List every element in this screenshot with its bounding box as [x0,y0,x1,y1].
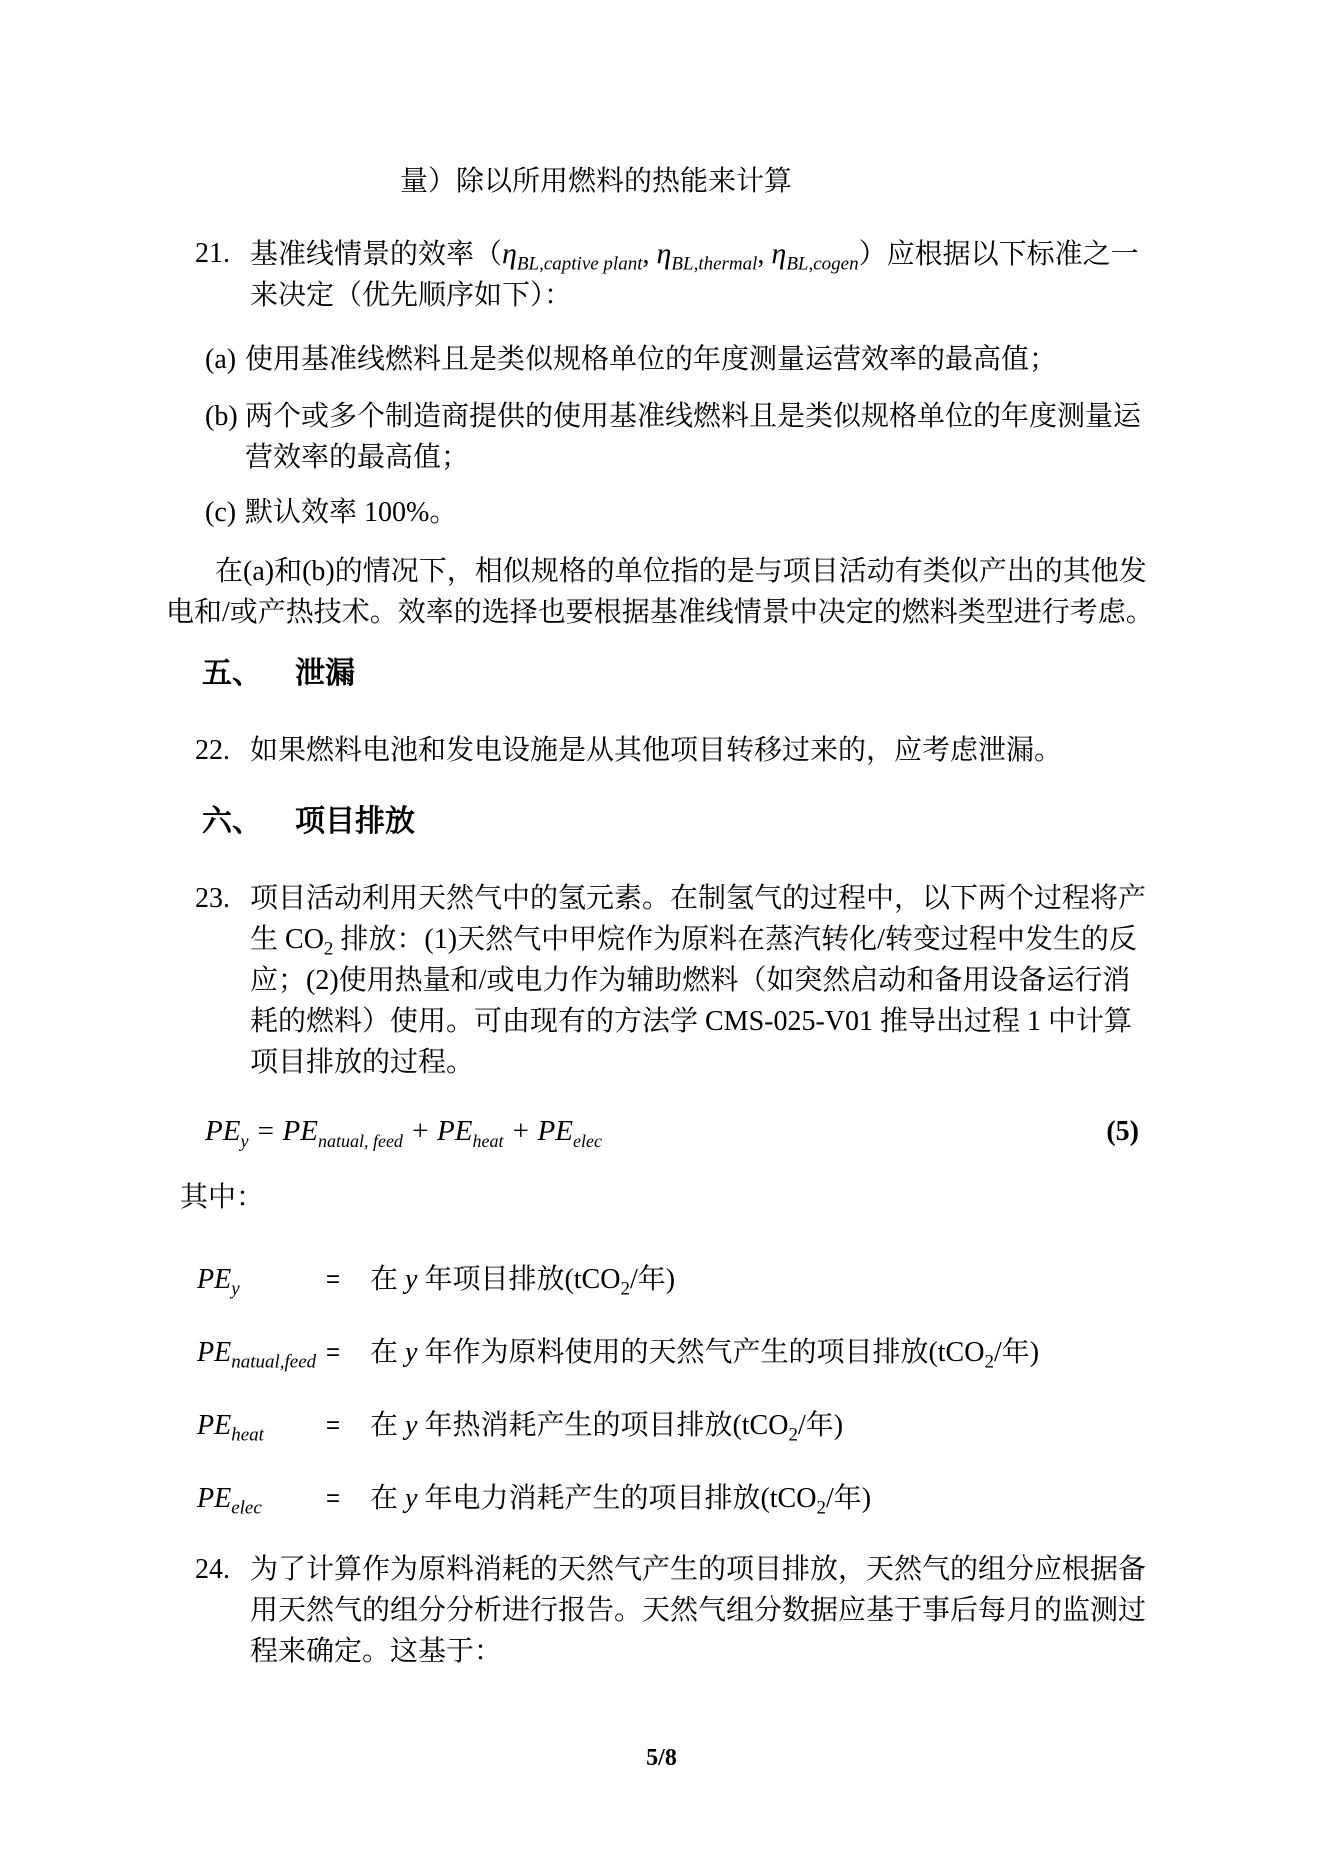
definition-description: 在 y 年作为原料使用的天然气产生的项目排放(tCO2/年) [370,1332,1157,1373]
term-base: PE [197,1410,231,1441]
item-23-text-2: 排放：(1)天然气中甲烷作为原料在蒸汽转化/转变过程中发生的反应；(2)使用热量… [250,924,1137,1078]
list-item-b: (b) 两个或多个制造商提供的使用基准线燃料且是类似规格单位的年度测量运营效率的… [166,396,1157,478]
co2-subscript: 2 [620,1279,630,1300]
pe-y: PE [205,1115,240,1147]
co2-base: CO [285,924,324,955]
eta-thermal-subscript: BL,thermal [671,254,757,275]
definition-term: PEelec [166,1478,326,1519]
item-24: 24. 为了计算作为原料消耗的天然气产生的项目排放，天然气的组分应根据备用天然气… [166,1549,1157,1672]
equation-5-row: PEy = PEnatual, feed + PEheat + PEelec (… [166,1107,1157,1156]
pe-natual-feed-subscript: natual, feed [318,1131,403,1151]
term-subscript: elec [231,1498,262,1519]
where-label: 其中： [166,1177,1157,1218]
item-22: 22. 如果燃料电池和发电设施是从其他项目转移过来的，应考虑泄漏。 [166,730,1157,771]
desc-text: 在 [370,1483,405,1514]
item-21-number: 21. [195,233,230,274]
carryover-line: 量）除以所用燃料的热能来计算 [166,161,1157,202]
desc-text: 年热消耗产生的项目排放(tCO [417,1410,788,1441]
list-item-c: (c) 默认效率 100%。 [166,492,1157,533]
item-22-number: 22. [195,730,230,771]
year-variable: y [405,1410,417,1441]
year-variable: y [405,1337,417,1368]
desc-text: 在 [370,1410,405,1441]
co2-subscript: 2 [788,1425,798,1446]
item-23: 23. 项目活动利用天然气中的氢元素。在制氢气的过程中，以下两个过程将产生 CO… [166,878,1157,1083]
plus-sign: + [403,1115,437,1147]
item-21-text-pre: 基准线情景的效率（ [250,239,502,270]
desc-text: /年) [994,1337,1039,1368]
desc-text: 年项目排放(tCO [417,1264,620,1295]
paragraph-ab-cases: 在(a)和(b)的情况下，相似规格的单位指的是与项目活动有类似产出的其他发电和/… [166,551,1157,633]
page-number: 5/8 [0,1741,1323,1775]
year-variable: y [405,1264,417,1295]
term-base: PE [197,1337,231,1368]
equation-number: (5) [1106,1108,1139,1156]
comma: , [643,239,657,270]
eta-symbol: η [771,237,786,270]
list-item-b-marker: (b) [205,396,238,437]
eta-symbol: η [502,237,517,270]
section-number: 六、 [202,800,295,844]
plus-sign: + [503,1115,537,1147]
equals-sign: = [248,1115,282,1147]
item-21: 21. 基准线情景的效率（ηBL,captive plant, ηBL,ther… [166,233,1157,316]
equals-sign: = [326,1259,370,1300]
definition-row-pe-natual-feed: PEnatual,feed = 在 y 年作为原料使用的天然气产生的项目排放(t… [166,1332,1157,1373]
section-title: 项目排放 [295,805,415,838]
list-item-b-text: 两个或多个制造商提供的使用基准线燃料且是类似规格单位的年度测量运营效率的最高值； [245,401,1141,473]
definition-row-pe-y: PEy = 在 y 年项目排放(tCO2/年) [166,1259,1157,1300]
list-item-c-marker: (c) [205,492,236,533]
pe-heat: PE [437,1115,472,1147]
list-item-a-marker: (a) [205,339,236,380]
pe-natual-feed: PE [283,1115,318,1147]
term-subscript: natual,feed [231,1352,316,1373]
pe-heat-subscript: heat [472,1131,503,1151]
pe-elec-subscript: elec [573,1131,602,1151]
co2-subscript: 2 [324,939,334,960]
document-page: 量）除以所用燃料的热能来计算 21. 基准线情景的效率（ηBL,captive … [0,0,1323,1871]
year-variable: y [405,1483,417,1514]
term-base: PE [197,1264,231,1295]
equation-5-formula: PEy = PEnatual, feed + PEheat + PEelec [205,1107,602,1155]
definition-row-pe-elec: PEelec = 在 y 年电力消耗产生的项目排放(tCO2/年) [166,1478,1157,1519]
term-subscript: y [231,1279,239,1300]
list-item-a: (a) 使用基准线燃料且是类似规格单位的年度测量运营效率的最高值； [166,339,1157,380]
desc-text: 在 [370,1337,405,1368]
desc-text: 年电力消耗产生的项目排放(tCO [417,1483,816,1514]
term-base: PE [197,1483,231,1514]
definition-term: PEy [166,1259,326,1300]
eta-captive-plant-subscript: BL,captive plant [517,254,643,275]
section-number: 五、 [202,652,295,696]
desc-text: /年) [798,1410,843,1441]
desc-text: 在 [370,1264,405,1295]
item-24-number: 24. [195,1549,230,1590]
equals-sign: = [326,1478,370,1519]
section-heading-project-emissions: 六、项目排放 [166,800,1157,844]
desc-text: /年) [826,1483,871,1514]
term-subscript: heat [231,1425,264,1446]
desc-text: /年) [630,1264,675,1295]
section-title: 泄漏 [295,657,355,690]
definition-description: 在 y 年热消耗产生的项目排放(tCO2/年) [370,1405,1157,1446]
definition-description: 在 y 年项目排放(tCO2/年) [370,1259,1157,1300]
desc-text: 年作为原料使用的天然气产生的项目排放(tCO [417,1337,984,1368]
list-item-a-text: 使用基准线燃料且是类似规格单位的年度测量运营效率的最高值； [245,344,1057,375]
item-23-number: 23. [195,878,230,919]
comma: , [757,239,771,270]
item-22-text: 如果燃料电池和发电设施是从其他项目转移过来的，应考虑泄漏。 [250,735,1062,766]
definition-term: PEnatual,feed [166,1332,326,1373]
co2-subscript: 2 [816,1498,826,1519]
eta-cogen-subscript: BL,cogen [786,254,858,275]
eta-symbol: η [657,237,672,270]
equals-sign: = [326,1332,370,1373]
equals-sign: = [326,1405,370,1446]
item-24-text: 为了计算作为原料消耗的天然气产生的项目排放，天然气的组分应根据备用天然气的组分分… [250,1554,1146,1667]
definition-description: 在 y 年电力消耗产生的项目排放(tCO2/年) [370,1478,1157,1519]
section-heading-leakage: 五、泄漏 [166,652,1157,696]
co2-subscript: 2 [984,1352,994,1373]
definition-term: PEheat [166,1405,326,1446]
definition-row-pe-heat: PEheat = 在 y 年热消耗产生的项目排放(tCO2/年) [166,1405,1157,1446]
pe-elec: PE [538,1115,573,1147]
list-item-c-text: 默认效率 100%。 [245,497,457,528]
